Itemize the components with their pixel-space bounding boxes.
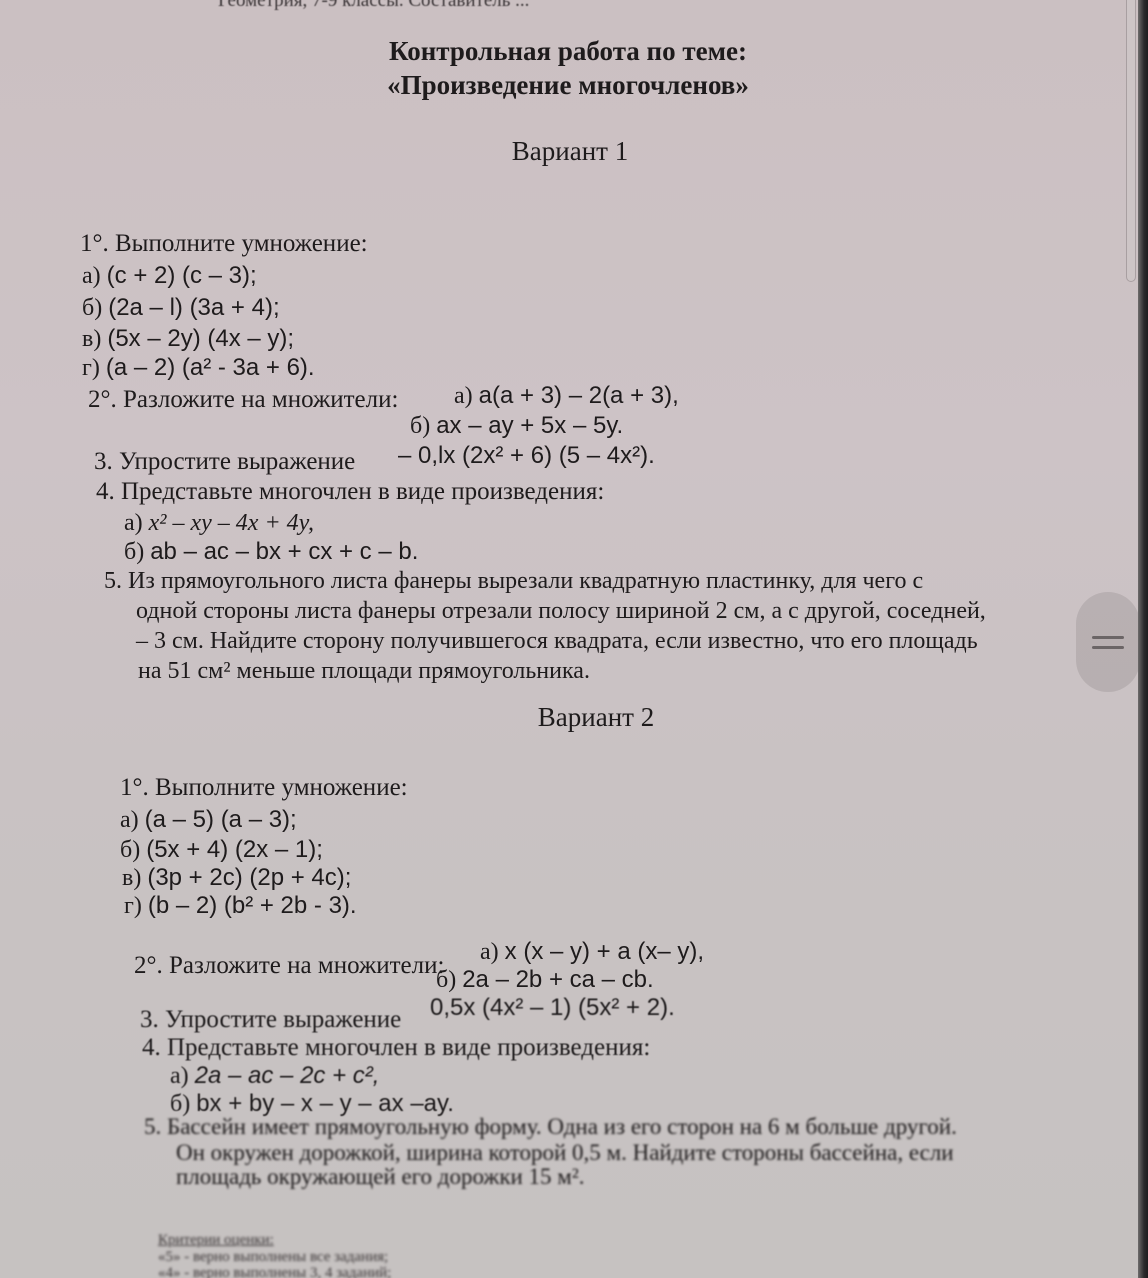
criteria-line-2: «4» - верно выполнены 3, 4 заданий; — [158, 1265, 391, 1278]
v2-q2-item-b: б) 2a – 2b + ca – cb. — [436, 966, 654, 994]
item-letter: б) — [436, 967, 456, 993]
variant-1-heading: Вариант 1 — [420, 136, 720, 167]
v1-q3-expression: – 0,lx (2x² + 6) (5 – 4x²). — [398, 442, 655, 470]
item-letter: б) — [82, 295, 102, 321]
running-header: Геометрия, 7-9 классы. Составитель ... — [218, 0, 529, 12]
item-expression: a(a + 3) – 2(a + 3), — [479, 382, 679, 409]
item-letter: г) — [82, 355, 100, 381]
v1-q1-item-c: в) (5x – 2y) (4x – y); — [82, 325, 294, 353]
v2-q1-item-a: а) (a – 5) (a – 3); — [120, 806, 297, 834]
v2-q3-expression: 0,5x (4x² – 1) (5x² + 2). — [430, 994, 675, 1022]
v2-q1-item-b: б) (5x + 4) (2x – 1); — [120, 836, 323, 864]
v1-q5-line-3: – 3 см. Найдите сторону получившегося кв… — [136, 628, 978, 655]
document-page: Геометрия, 7-9 классы. Составитель ... К… — [0, 0, 1130, 1278]
v1-q1-item-a: а) (c + 2) (c – 3); — [82, 262, 257, 290]
item-expression: ax – ay + 5x – 5y. — [436, 412, 623, 439]
criteria-heading: Критерии оценки: — [158, 1232, 274, 1248]
item-expression: ab – ac – bx + cx + c – b. — [150, 538, 418, 565]
item-letter: а) — [124, 510, 143, 536]
v1-q4-item-a: а) x² – xy – 4x + 4y, — [124, 510, 314, 537]
item-expression: (5x + 4) (2x – 1); — [146, 836, 323, 863]
v1-q5-line-2: одной стороны листа фанеры отрезали поло… — [136, 598, 986, 625]
v2-q4-heading: 4. Представьте многочлен в виде произвед… — [142, 1034, 650, 1062]
item-expression: (c + 2) (c – 3); — [107, 262, 257, 289]
v2-q2-heading: 2°. Разложите на множители: — [134, 952, 444, 980]
v1-q5-line-4: на 51 см² меньше площади прямоугольника. — [138, 658, 590, 685]
item-expression: (5x – 2y) (4x – y); — [107, 325, 294, 352]
v2-q5-line-1: 5. Бассейн имеет прямоугольную форму. Од… — [144, 1114, 957, 1140]
item-expression: (2a – l) (3a + 4); — [108, 294, 279, 321]
title-line-2: «Произведение многочленов» — [368, 70, 768, 101]
v1-q1-item-b: б) (2a – l) (3a + 4); — [82, 294, 280, 322]
v2-q1-item-d: г) (b – 2) (b² + 2b - 3). — [124, 892, 357, 920]
item-expression: (3p + 2c) (2p + 4c); — [147, 864, 351, 891]
v1-q3-heading: 3. Упростите выражение — [94, 448, 355, 476]
v1-q2-heading: 2°. Разложите на множители: — [88, 386, 398, 414]
item-expression: 2a – 2b + ca – cb. — [462, 966, 653, 993]
item-letter: а) — [170, 1063, 189, 1089]
item-expression: (b – 2) (b² + 2b - 3). — [148, 892, 357, 919]
item-letter: а) — [480, 939, 499, 965]
item-expression: (a – 5) (a – 3); — [145, 806, 297, 833]
item-letter: в) — [122, 865, 141, 891]
v1-q2-item-a: а) a(a + 3) – 2(a + 3), — [454, 382, 679, 410]
title-line-1: Контрольная работа по теме: — [368, 36, 768, 67]
item-expression: 2a – ac – 2c + c², — [195, 1062, 380, 1089]
v1-q5-line-1: 5. Из прямоугольного листа фанеры выреза… — [104, 568, 923, 595]
v2-q5-line-2: Он окружен дорожкой, ширина которой 0,5 … — [176, 1140, 954, 1166]
scrollbar-thumb[interactable] — [1126, 0, 1136, 282]
item-letter: а) — [82, 263, 101, 289]
handle-bar-top — [1092, 636, 1124, 639]
v1-q4-heading: 4. Представьте многочлен в виде произвед… — [96, 478, 604, 506]
item-expression: bx + by – x – y – ax –ay. — [196, 1090, 454, 1117]
v2-q1-heading: 1°. Выполните умножение: — [120, 774, 408, 802]
v2-q1-item-c: в) (3p + 2c) (2p + 4c); — [122, 864, 351, 892]
device-bezel — [1138, 0, 1148, 1278]
equals-drag-handle-icon[interactable] — [1076, 592, 1140, 692]
item-expression: x (x – y) + a (x– y), — [505, 938, 704, 965]
v1-q2-item-b: б) ax – ay + 5x – 5y. — [410, 412, 623, 440]
item-letter: а) — [454, 383, 473, 409]
v1-q4-item-b: б) ab – ac – bx + cx + c – b. — [124, 538, 418, 566]
v1-q1-item-d: г) (a – 2) (a² - 3a + 6). — [82, 354, 315, 382]
v2-q2-item-a: а) x (x – y) + a (x– y), — [480, 938, 704, 966]
item-expression: (a – 2) (a² - 3a + 6). — [106, 354, 315, 381]
item-letter: г) — [124, 893, 142, 919]
handle-bar-bottom — [1092, 646, 1124, 649]
v2-q5-line-3: площадь окружающей его дорожки 15 м². — [176, 1164, 585, 1190]
v2-q3-heading: 3. Упростите выражение — [140, 1006, 401, 1034]
item-letter: б) — [124, 539, 144, 565]
variant-2-heading: Вариант 2 — [446, 702, 746, 733]
item-expression: x² – xy – 4x + 4y, — [149, 510, 314, 536]
item-letter: в) — [82, 326, 101, 352]
criteria-line-1: «5» - верно выполнены все задания; — [158, 1249, 388, 1265]
item-letter: б) — [120, 837, 140, 863]
v1-q1-heading: 1°. Выполните умножение: — [80, 230, 368, 258]
v2-q4-item-a: а) 2a – ac – 2c + c², — [170, 1062, 379, 1090]
item-letter: а) — [120, 807, 139, 833]
item-letter: б) — [410, 413, 430, 439]
